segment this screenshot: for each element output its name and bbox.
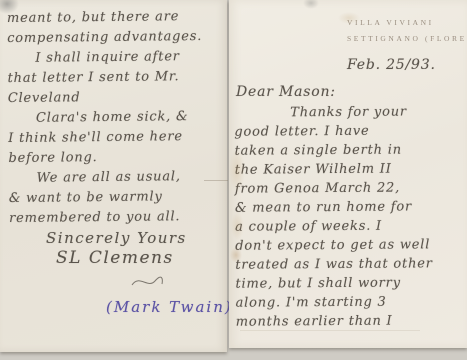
date-line: Feb. 25/93.: [347, 57, 436, 73]
signature-line: SL Clemens: [56, 248, 174, 268]
letter-line: & want to be warmly: [9, 187, 204, 209]
letter-line: meant to, but there are: [7, 7, 202, 29]
letterhead-villa: VILLA VIVIANI: [347, 15, 467, 31]
letter-line: Cleveland: [8, 87, 203, 109]
letter-line: a couple of weeks. I: [235, 216, 433, 236]
letter-line: I think she'll come here: [8, 127, 203, 149]
letter-page-right: VILLA VIVIANI SETTIGNANO (FLORENCE) Feb.…: [229, 0, 467, 348]
letter-line: I shall inquire after: [7, 47, 202, 69]
letterhead: VILLA VIVIANI SETTIGNANO (FLORENCE): [347, 15, 467, 47]
letter-line: before long.: [8, 147, 203, 169]
letter-line: treated as I was that other: [235, 254, 433, 274]
paper-crease: [204, 180, 228, 181]
pen-name-signature: (Mark Twain): [106, 298, 233, 316]
signature-flourish-icon: [130, 275, 164, 294]
letter-line: don't expect to get as well: [235, 235, 433, 255]
letter-line: Thanks for your: [234, 102, 432, 122]
salutation-line: Dear Mason:: [236, 84, 336, 100]
letter-line: Clara's home sick, &: [8, 107, 203, 129]
letterhead-city: SETTIGNANO (FLORENCE): [347, 31, 467, 47]
letter-line: along. I'm starting 3: [236, 292, 434, 312]
closing-line: Sincerely Yours: [46, 229, 187, 247]
letter-line: from Genoa March 22,: [235, 178, 433, 198]
letter-line: months earlier than I: [236, 311, 434, 331]
letter-line: We are all as usual,: [9, 167, 204, 189]
letter-line: remembered to you all.: [9, 207, 204, 229]
paper-crease: [240, 330, 420, 331]
letter-line: time, but I shall worry: [235, 273, 433, 293]
letter-line: taken a single berth in: [234, 140, 432, 160]
letter-line: that letter I sent to Mr.: [7, 67, 202, 89]
right-page-body: Thanks for your good letter. I have take…: [234, 102, 433, 331]
letter-line: good letter. I have: [234, 121, 432, 141]
letter-line: the Kaiser Wilhelm II: [235, 159, 433, 179]
letter-line: & mean to run home for: [235, 197, 433, 217]
letter-line: compensating advantages.: [7, 27, 202, 49]
left-page-body: meant to, but there are compensating adv…: [7, 7, 204, 229]
letter-scan: meant to, but there are compensating adv…: [0, 0, 467, 360]
letter-page-left: meant to, but there are compensating adv…: [0, 0, 227, 352]
